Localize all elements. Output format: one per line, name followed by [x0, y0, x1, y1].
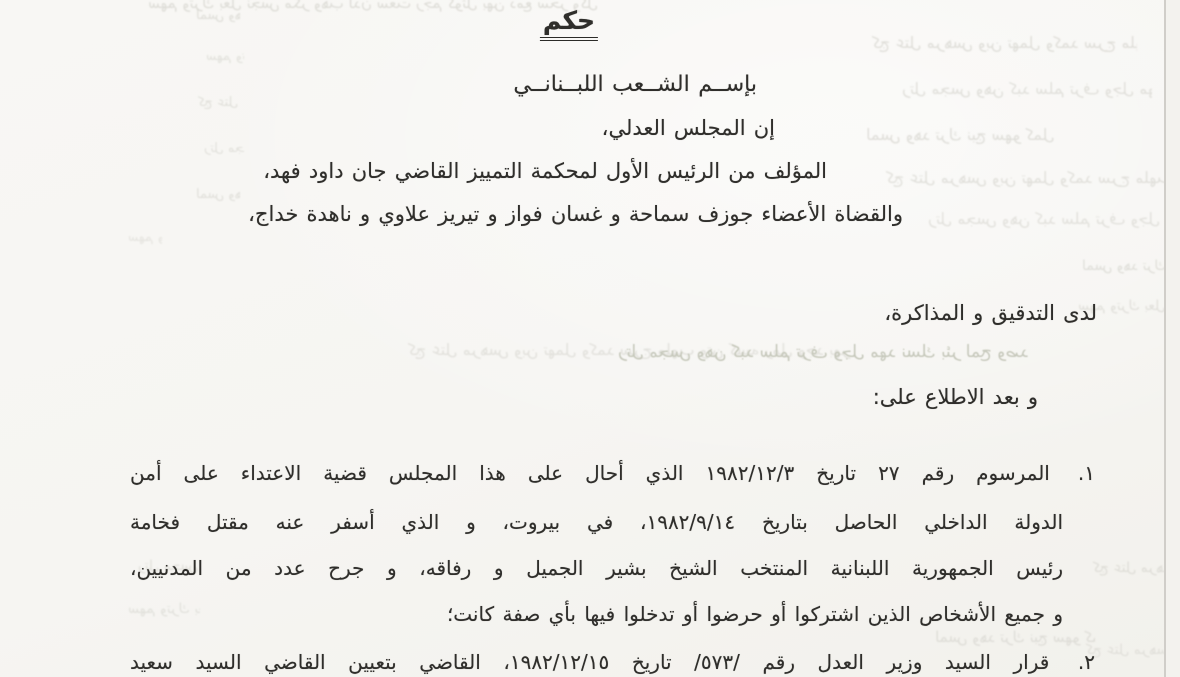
bleed-through-text: كج عتل مرهس وبن تهمل وكمد سرج ملهب وتن ك…: [1093, 558, 1169, 580]
scan-bed-strip: [1166, 0, 1180, 677]
preamble-line-judicial-council: إن المجلس العدلي،: [602, 111, 775, 145]
bleed-through-text: كج عتل مرهس وبن تهمل وكمد سرج ملهب وتن ك…: [1086, 640, 1170, 662]
list-item-1-line-3: رئيس الجمهورية اللبنانية المنتخب الشيخ ب…: [130, 551, 1063, 585]
item-number: ١.: [1072, 461, 1095, 485]
bleed-through-text: لمس وهد ترك نبج سهو كمل: [196, 6, 240, 28]
bleed-through-text: لمس وهد ترك نبج سهو كمل: [196, 185, 240, 207]
preamble-line-in-the-name-of-people: بإســم الشــعب اللبــنانــي: [513, 68, 757, 102]
document-title: حكم: [540, 6, 598, 41]
bleed-through-text: كج عتل مرهس وبن تهمل وكمد سرج ملهب وتن ك…: [408, 340, 1148, 362]
bleed-through-text: لمس وهد ترك نبج سهو كمل: [1082, 256, 1168, 278]
item-number: ٢.: [1072, 650, 1095, 674]
document-title-wrap: حكم: [540, 6, 598, 41]
bleed-through-text: كج عتل مرهس وبن تهمل وكمد سرج ملهب وتن ك…: [872, 33, 1137, 55]
list-item-1-line-4: و جميع الأشخاص الذين اشتركوا أو حرضوا أو…: [130, 597, 1063, 631]
review-line: و بعد الاطلاع على:: [873, 380, 1038, 414]
bleed-through-text: كج عتل مرهس وبن تهمل وكمد سرج ملهب وتن ك…: [198, 93, 242, 115]
preamble-line-president: المؤلف من الرئيس الأول لمحكمة التمييز ال…: [263, 154, 827, 188]
list-item-1-line-1: ١. المرسوم رقم ٢٧ تاريخ ١٩٨٢/١٢/٣ الذي أ…: [130, 456, 1095, 490]
scanned-document-page: سهم وترك بعل نجس مكر وهب لدن سعت رجم كوث…: [0, 0, 1180, 677]
bleed-through-text: سهم وترك بعل نجس مكر وهب لدن سعت رجم كوث…: [148, 0, 1098, 15]
deliberation-line: لدى التدقيق و المذاكرة،: [884, 296, 1097, 330]
bleed-through-text: رتل مجس وهن كبد سلم ترف وجل مهد نسك بئر …: [928, 209, 1166, 231]
list-item-2-line-1: ٢. قرار السيد وزير العدل رقم /٥٧٣/ تاريخ…: [130, 645, 1095, 677]
page-edge-line: [1164, 0, 1166, 677]
list-item-1-line-2: الدولة الداخلي الحاصل بتاريخ ١٩٨٢/٩/١٤، …: [130, 505, 1063, 539]
bleed-through-text: سهم وترك بعل نجس مكر وهب لدن سعت رجم كوث…: [128, 228, 162, 250]
bleed-through-text: رتل مجس وهن كبد سلم ترف وجل مهد نسك بئر …: [204, 139, 244, 161]
bleed-through-text: كج عتل مرهس وبن تهمل وكمد سرج ملهب وتن ك…: [886, 168, 1166, 190]
bleed-through-text: سهم وترك بعل نجس مكر وهب لدن سعت رجم كوث…: [206, 47, 244, 69]
bleed-through-text: لمس وهد ترك نبج سهو كمل: [866, 125, 1161, 147]
item-text: المرسوم رقم ٢٧ تاريخ ١٩٨٢/١٢/٣ الذي أحال…: [130, 461, 1050, 485]
bleed-through-text: رتل مجس وهن كبد سلم ترف وجل مهد نسك بئر …: [618, 342, 1143, 364]
item-text: قرار السيد وزير العدل رقم /٥٧٣/ تاريخ ١٩…: [130, 650, 1049, 674]
bleed-through-text: رتل مجس وهن كبد سلم ترف وجل مهد نسك بئر …: [902, 79, 1152, 101]
preamble-line-member-judges: والقضاة الأعضاء جوزف سماحة و غسان فواز و…: [248, 197, 903, 231]
